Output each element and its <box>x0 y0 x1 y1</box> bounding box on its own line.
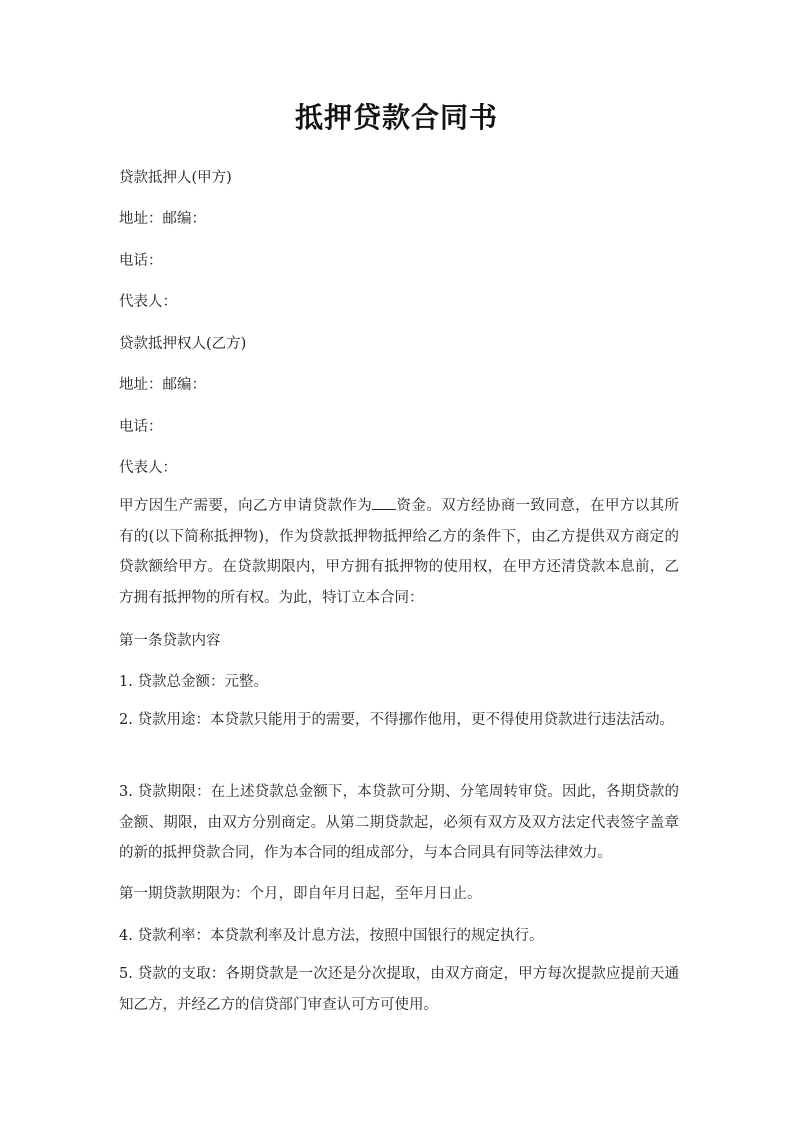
preamble-paragraph: 甲方因生产需要，向乙方申请贷款作为资金。双方经协商一致同意，在甲方以其所有的(以… <box>119 491 679 613</box>
party-a-representative: 代表人： <box>119 290 177 311</box>
article-1-item-2: 2. 贷款用途：本贷款只能用于的需要，不得挪作他用，更不得使用贷款进行违法活动。 <box>119 705 679 736</box>
article-1-first-term: 第一期贷款期限为：个月，即自年月日起，至年月日止。 <box>119 882 482 903</box>
article-1-item-3: 3. 贷款期限：在上述贷款总金额下，本贷款可分期、分笔周转审贷。因此，各期贷款的… <box>119 777 679 869</box>
article-1-item-5: 5. 贷款的支取：各期贷款是一次还是分次提取，由双方商定，甲方每次提款应提前天通… <box>119 959 679 1020</box>
party-b-representative: 代表人： <box>119 456 177 477</box>
fill-blank <box>372 497 396 510</box>
party-b-phone: 电话： <box>119 415 163 436</box>
party-a-phone: 电话： <box>119 249 163 270</box>
article-1-item-1: 1. 贷款总金额：元整。 <box>119 670 268 691</box>
preamble-before-blank: 甲方因生产需要，向乙方申请贷款作为 <box>119 498 372 514</box>
party-a-heading: 贷款抵押人(甲方) <box>119 166 232 187</box>
document-page: 抵押贷款合同书 贷款抵押人(甲方) 地址：邮编： 电话： 代表人： 贷款抵押权人… <box>0 0 793 1122</box>
document-title: 抵押贷款合同书 <box>0 96 793 136</box>
party-a-address: 地址：邮编： <box>119 207 206 228</box>
article-1-heading: 第一条贷款内容 <box>119 629 221 650</box>
preamble-after-blank: 资金。双方经协商一致同意，在甲方以其所有的(以下简称抵押物)，作为贷款抵押物抵押… <box>119 498 679 606</box>
article-1-item-4: 4. 贷款利率：本贷款利率及计息方法，按照中国银行的规定执行。 <box>119 924 543 945</box>
party-b-heading: 贷款抵押权人(乙方) <box>119 332 246 353</box>
party-b-address: 地址：邮编： <box>119 373 206 394</box>
